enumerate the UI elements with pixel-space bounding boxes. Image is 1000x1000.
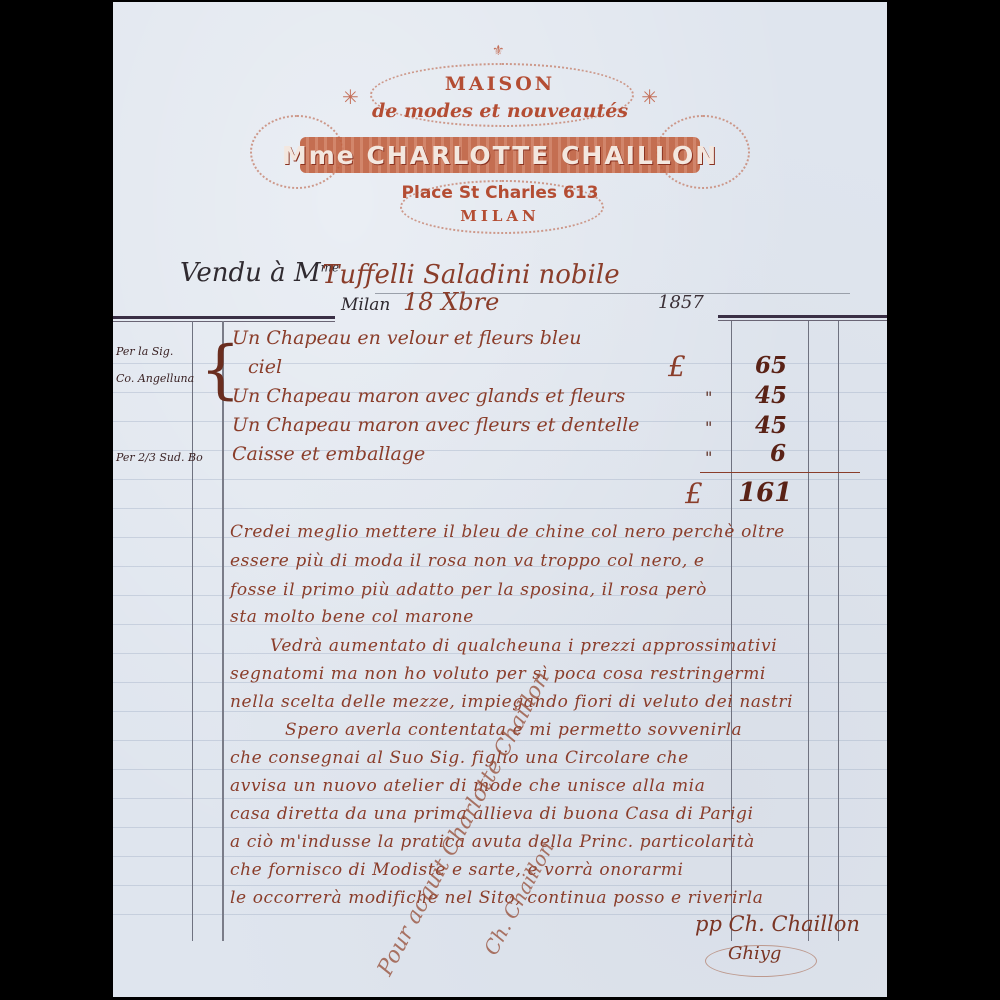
letter-line: essere più di moda il rosa non va troppo… [230,551,705,571]
letterhead-subtitle: de modes et nouveautés [270,100,730,122]
invoice-item-amount: 45 [755,382,787,409]
invoice-item-description: Un Chapeau maron avec fleurs et dentelle [232,414,639,436]
ditto-mark: " [705,448,712,467]
header-rule-right-thin [718,320,887,321]
letter-line: segnatomi ma non ho voluto per sì poca c… [230,664,766,684]
currency-symbol: £ [668,350,686,383]
invoice-total: 161 [738,478,792,508]
letter-line: casa diretta da una prima allieva di buo… [230,804,754,824]
currency-symbol: £ [685,477,703,510]
invoice-item-description: Caisse et emballage [232,443,425,465]
ditto-mark: " [705,388,712,407]
invoice-item-description: Un Chapeau maron avec glands et fleurs [232,385,625,407]
letter-line: che consegnai al Suo Sig. figlio una Cir… [230,748,689,768]
column-rule-description [222,321,224,941]
letter-line: Vedrà aumentato di qualcheuna i prezzi a… [270,636,777,656]
letter-line: sta molto bene col marone [230,607,474,627]
letterhead-proprietor: Mme CHARLOTTE CHAILLON [270,141,730,170]
letter-line: le occorrerà modifiche nel Sito, continu… [230,888,764,908]
sold-to-label: Vendu à Mme [180,258,339,288]
fleur-ornament-icon: ⚜ [492,43,505,59]
invoice-item-amount: 65 [755,352,787,379]
column-rule-amount [808,321,809,941]
header-rule-left-thin [113,321,335,322]
customer-name: Tuffelli Saladini nobile [322,260,620,290]
header-rule-right [718,315,887,318]
invoice-item-amount: 45 [755,412,787,439]
date-place: Milan [341,295,390,315]
letterhead: ✳ ✳ ⚜ MAISON de modes et nouveautés Mme … [270,55,730,235]
letterhead-maison: MAISON [270,73,730,95]
invoice-item-amount: 6 [770,440,786,467]
column-rule-margin [192,321,193,941]
invoice-item-description: Un Chapeau en velour et fleurs bleu [232,327,581,349]
margin-note: Co. Angelluna [116,372,194,385]
header-rule-left [113,316,335,319]
ditto-mark: " [705,418,712,437]
letter-line: a ciò m'indusse la pratica avuta della P… [230,832,755,852]
date-row: Milan 18 Xbre 1857 [113,292,887,322]
total-rule [700,472,860,473]
signature-paraph: Ghiyg [728,943,781,964]
margin-note: Per la Sig. [116,345,173,358]
date-day-month: 18 Xbre [403,288,499,316]
column-rule-cents [838,321,839,941]
letterhead-city: MILAN [270,207,730,225]
letterhead-address: Place St Charles 613 [270,183,730,203]
invoice-item-continuation: ciel [248,356,282,378]
letter-line: fosse il primo più adatto per la sposina… [230,580,707,600]
letter-line: Credei meglio mettere il bleu de chine c… [230,522,785,542]
date-year: 1857 [658,292,704,313]
margin-note: Per 2/3 Sud. Bo [116,451,203,464]
signature: pp Ch. Chaillon [695,912,860,936]
